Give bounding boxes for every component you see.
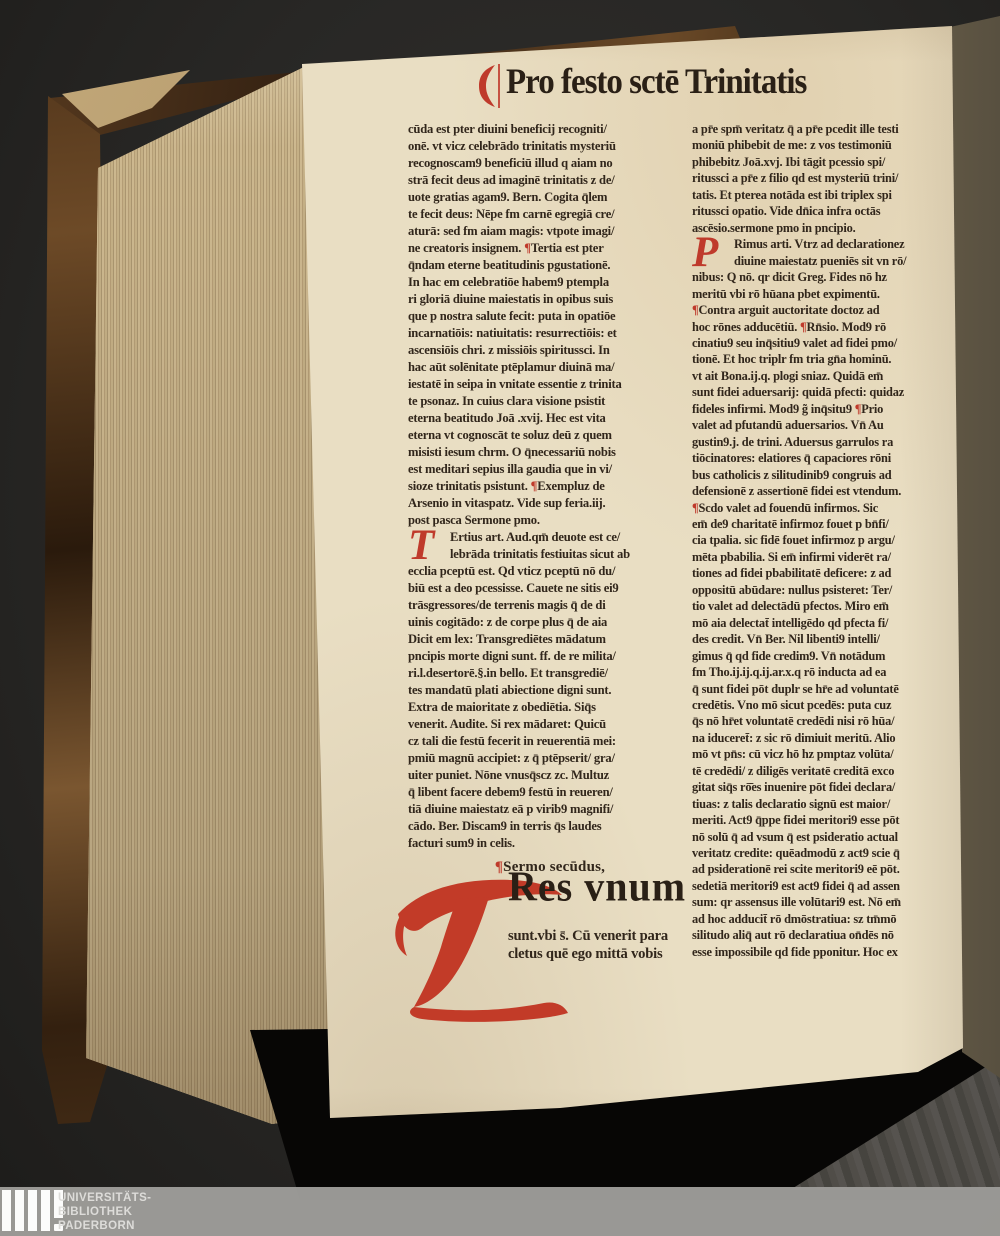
- left-column-text-1: cūda est pter diuini beneficij recogniti…: [408, 121, 692, 529]
- text-line: te fecit deus: Nēpe fm carnē egregiā cre…: [408, 206, 692, 223]
- text-line: te psonaz. In cuius clara visione psisti…: [408, 393, 692, 410]
- text-line: Dicit em lex: Transgrediētes mādatum: [408, 631, 692, 648]
- text-line: Rimus arti. Vtrz ad declarationez: [692, 236, 970, 252]
- text-line: tiā diuine maiestatz eā p virib9 magnifi…: [408, 801, 692, 818]
- left-column-text-2: ecclia pceptū est. Qd vticz pceptū nō du…: [408, 563, 692, 852]
- lombard-initial-P-icon: P: [692, 236, 734, 269]
- text-line: Extra de maioritate z obediētia. Siq̄s: [408, 699, 692, 716]
- text-line: aturā: sed fm aiam magis: vtpote imagi/: [408, 223, 692, 240]
- right-column-text-2: nibus: Q nō. qr dicit Greg. Fides nō hzm…: [692, 269, 970, 960]
- text-line: hoc rōnes adducētiū. ¶Rn̄sio. Mod9 rō: [692, 319, 970, 335]
- rubric-pilcrow-icon: [478, 64, 504, 108]
- text-line: sunt.vbi s̄. Cū venerit para: [508, 928, 668, 946]
- text-line: phibebitz Joā.xvj. Ibi tāgit pcessio spi…: [692, 154, 970, 170]
- right-column-initial-lines: Rimus arti. Vtrz ad declarationezdiuine …: [692, 236, 970, 269]
- text-line: sum: qr assensus ille volūtari9 est. Nō …: [692, 894, 970, 910]
- text-line: cinatiu9 seu inq̄sitiu9 valet ad fidei p…: [692, 335, 970, 351]
- text-line: ritussci opatio. Vide dn̄ica infra octās: [692, 203, 970, 219]
- text-line: oppositū abūdare: nullus psisteret: Ter/: [692, 582, 970, 598]
- text-line: fideles infirmi. Mod9 g̃ inq̄situ9 ¶Prio: [692, 401, 970, 417]
- text-line: cz tali die festū fecerit in reuerentiā …: [408, 733, 692, 750]
- text-line: ad hoc adducit̄ rō dmōstratiua: sz tm̄mō: [692, 911, 970, 927]
- text-line: cia tpalia. sic fidē fouet infirmoz p ar…: [692, 532, 970, 548]
- library-name-line: BIBLIOTHEK: [58, 1205, 151, 1219]
- text-line: bus catholicis z silitudinib9 congruis a…: [692, 467, 970, 483]
- logo-bar: [28, 1190, 37, 1231]
- incipit-lines: sunt.vbi s̄. Cū venerit paracletus quē e…: [508, 928, 668, 963]
- library-logo-icon: [2, 1190, 54, 1233]
- text-line: In hac em celebratiōe habem9 ptempla: [408, 274, 692, 291]
- text-line: ritussci a pr̄e z filio qd est mysteriū …: [692, 170, 970, 186]
- text-line: Ertius art. Aud.qm̄ deuote est ce/: [408, 529, 692, 546]
- text-line: des credit. Vn̄ Ber. Nil libenti9 intell…: [692, 631, 970, 647]
- text-line: q̄ sunt fidei pōt duplr se hr̄e ad volun…: [692, 681, 970, 697]
- text-line: meritū vbi rō hūana pbet expimentū.: [692, 286, 970, 302]
- left-column-initial-lines: Ertius art. Aud.qm̄ deuote est ce/lebrād…: [408, 529, 692, 563]
- text-line: q̄ndam eterne beatitudinis pgustationē.: [408, 257, 692, 274]
- text-line: nibus: Q nō. qr dicit Greg. Fides nō hz: [692, 269, 970, 285]
- text-line: post pasca Sermone pmo.: [408, 512, 692, 529]
- incipit-block: Res vnum sunt.vbi s̄. Cū venerit paracle…: [408, 884, 692, 1014]
- logo-bar: [15, 1190, 24, 1231]
- text-line: eterna beatitudo Joā .xvij. Hec est vita: [408, 410, 692, 427]
- library-name-line: PADERBORN: [58, 1219, 151, 1233]
- text-line: ¶Contra arguit auctoritate doctoz ad: [692, 302, 970, 318]
- text-line: tiones ad fidei pbabilitatē deficere: z …: [692, 565, 970, 581]
- page-title: Pro festo sctē Trinitatis: [506, 63, 806, 103]
- logo-bar: [2, 1190, 11, 1231]
- text-line: eterna vt cognoscāt te soluz deū z quem: [408, 427, 692, 444]
- text-line: gimus q̄ qd fide credim9. Vn̄ notādum: [692, 648, 970, 664]
- text-line: defensionē z assertionē fidei est vtendu…: [692, 483, 970, 499]
- text-line: a pr̄e spm̄ veritatz q̄ a pr̄e pcedit il…: [692, 121, 970, 137]
- text-line: cūda est pter diuini beneficij recogniti…: [408, 121, 692, 138]
- text-line: vt ait Bona.ij.q. plogi sniaz. Quidā em̄: [692, 368, 970, 384]
- text-line: esse impossibile qd fide pponitur. Hoc e…: [692, 944, 970, 960]
- text-line: hac aūt solēnitate ptēplamur diuinā ma/: [408, 359, 692, 376]
- primus-section: P Rimus arti. Vtrz ad declarationezdiuin…: [692, 236, 970, 269]
- text-line: ad psiderationē rei scite meritori9 eē p…: [692, 861, 970, 877]
- text-line: credētis. Vno mō sicut pcedēs: puta cuz: [692, 697, 970, 713]
- text-line: pmiū magnū accipiet: z q̄ ptēpserit/ gra…: [408, 750, 692, 767]
- watermark-band: UNIVERSITÄTS- BIBLIOTHEK PADERBORN: [0, 1187, 1000, 1236]
- text-line: uinis cogitādo: z de corpe plus q̄ de ai…: [408, 614, 692, 631]
- incipit-large-text: Res vnum: [508, 878, 686, 896]
- text-line: ascēsio.sermone pmo in pncipio.: [692, 220, 970, 236]
- text-line: recognoscam9 beneficiū illud q aiam no: [408, 155, 692, 172]
- photograph-of-incunable-book: Pro festo sctē Trinitatis cūda est pter …: [0, 0, 1000, 1236]
- text-line: tatis. Et pterea notāda est ibi triplex …: [692, 187, 970, 203]
- text-line: ne creatoris insignem. ¶Tertia est pter: [408, 240, 692, 257]
- text-line: veritatz credite: quēadmodū z act9 scie …: [692, 845, 970, 861]
- page-content: Pro festo sctē Trinitatis cūda est pter …: [0, 0, 1000, 1236]
- left-column: cūda est pter diuini beneficij recogniti…: [408, 121, 692, 1014]
- text-line: que p nostra salute fecit: puta in opati…: [408, 308, 692, 325]
- text-line: q̄ libent facere debem9 festū in reueren…: [408, 784, 692, 801]
- text-line: moniū phibebit de me: z vos testimoniū: [692, 137, 970, 153]
- text-line: tes mandatū plati abiectione digni sunt.: [408, 682, 692, 699]
- text-line: lebrāda trinitatis festiuitas sicut ab: [408, 546, 692, 563]
- lombard-initial-T-icon: T: [408, 529, 450, 562]
- text-line: tio valet ad delectādū pfectos. Miro em̄: [692, 598, 970, 614]
- text-line: venerit. Audite. Si rex mādaret: Quicū: [408, 716, 692, 733]
- text-line: tionē. Et hoc triplr fm tria gn̄a hominū…: [692, 351, 970, 367]
- text-line: tiuas: z talis declaratio signū est maio…: [692, 796, 970, 812]
- text-line: onē. vt vicz celebrādo trinitatis myster…: [408, 138, 692, 155]
- text-line: ri.l.desertorē.§.in bello. Et transgredi…: [408, 665, 692, 682]
- text-line: strā fecit deus ad imaginē trinitatis z …: [408, 172, 692, 189]
- text-line: facturi sum9 in celis.: [408, 835, 692, 852]
- text-line: mō aia delectat̄ intelligēdo qd pfecta f…: [692, 615, 970, 631]
- tertius-section: T Ertius art. Aud.qm̄ deuote est ce/lebr…: [408, 529, 692, 563]
- text-line: pncipis morte digni sunt. ff. de re mili…: [408, 648, 692, 665]
- text-line: biū est a deo pcessisse. Cauete ne sitis…: [408, 580, 692, 597]
- library-name: UNIVERSITÄTS- BIBLIOTHEK PADERBORN: [58, 1191, 151, 1234]
- library-name-line: UNIVERSITÄTS-: [58, 1191, 151, 1205]
- text-line: cletus quē ego mittā vobis: [508, 946, 668, 964]
- text-line: mēta pbabilia. Si em̄ infirmi viderēt ra…: [692, 549, 970, 565]
- text-line: sunt fidei aduersarij: quidā pfecti: qui…: [692, 384, 970, 400]
- text-line: tē credēdi/ z diligēs veritatē creditā e…: [692, 763, 970, 779]
- text-line: diuine maiestatz pueniēs sit vn rō/: [692, 253, 970, 269]
- text-line: iestatē in seipa in vnitate essentie z t…: [408, 376, 692, 393]
- text-line: Arsenio in vitaspatz. Vide sup feria.iij…: [408, 495, 692, 512]
- text-line: est meditari sepius illa gaudia que in v…: [408, 461, 692, 478]
- text-line: ascensiōis chri. z missiōis spiritussci.…: [408, 342, 692, 359]
- text-line: na iduceret̄: z sic rō dimiuit meritū. A…: [692, 730, 970, 746]
- text-line: uote gratias agam9. Bern. Cogita q̄lem: [408, 189, 692, 206]
- text-line: valet ad pfutandū aduersarios. Vn̄ Au: [692, 417, 970, 433]
- right-column: a pr̄e spm̄ veritatz q̄ a pr̄e pcedit il…: [692, 121, 970, 960]
- text-line: meriti. Act9 q̄ppe fidei meritori9 esse …: [692, 812, 970, 828]
- text-line: gustin9.j. de trini. Aduersus garrulos r…: [692, 434, 970, 450]
- text-line: tiōcinatores: elatiores q̄ capaciores rō…: [692, 450, 970, 466]
- text-line: uiter puniet. Nōne vnusq̄scz zc. Multuz: [408, 767, 692, 784]
- text-line: q̄s nō hr̄et voluntatē credēdi nisi rō h…: [692, 713, 970, 729]
- text-line: nō solū q̄ ad vsum q̄ est psideratio act…: [692, 829, 970, 845]
- text-line: ecclia pceptū est. Qd vticz pceptū nō du…: [408, 563, 692, 580]
- right-column-text-1: a pr̄e spm̄ veritatz q̄ a pr̄e pcedit il…: [692, 121, 970, 236]
- text-line: sedetiā meritori9 est act9 fidei q̄ ad a…: [692, 878, 970, 894]
- text-line: ri gloriā diuine maiestatis in opibus su…: [408, 291, 692, 308]
- text-line: fm Tho.ij.ij.q.ij.ar.x.q rō inducta ad e…: [692, 664, 970, 680]
- text-line: cādo. Ber. Discam9 in terris q̄s laudes: [408, 818, 692, 835]
- running-title: Pro festo sctē Trinitatis: [478, 64, 928, 108]
- text-line: mō vt pn̄s: cū vicz hō hz pmptaz volūta/: [692, 746, 970, 762]
- text-line: sioze trinitatis psistunt. ¶Exempluz de: [408, 478, 692, 495]
- text-line: trāsgressores/de terrenis magis q̄ de di: [408, 597, 692, 614]
- logo-bar: [41, 1190, 50, 1231]
- text-line: incarnatiōis: natiuitatis: resurrectiōis…: [408, 325, 692, 342]
- text-line: misisti iesum chrm. O q̄necessariū nobis: [408, 444, 692, 461]
- text-line: em̄ de9 charitatē infirmoz fouet p bn̄fi…: [692, 516, 970, 532]
- text-line: gitat siq̄s rō̄es inuenire pōt fidei dec…: [692, 779, 970, 795]
- text-line: silitudo aliq̄ aut rō declaratiua on̄dēs…: [692, 927, 970, 943]
- text-line: ¶Scdo valet ad fouendū infirmos. Sic: [692, 500, 970, 516]
